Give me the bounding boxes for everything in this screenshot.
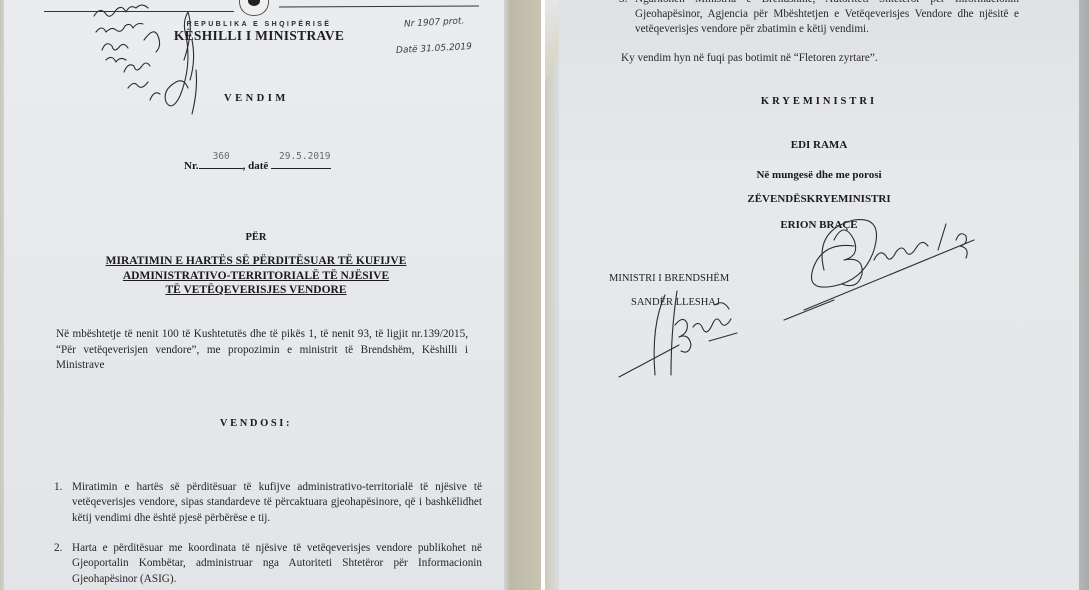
absence-note: Në mungesë dhe me porosi [559, 169, 1079, 181]
decision-title-line-1: MIRATIMIN E HARTËS SË PËRDITËSUAR TË KUF… [4, 254, 508, 269]
document-page-2: 3. Ngarkohen Ministria e Brendshme, Auto… [559, 0, 1079, 590]
number-blank: 360 [199, 157, 243, 169]
deputy-pm-signature [774, 210, 994, 330]
interior-minister-title: MINISTRI I BRENDSHËM [609, 273, 729, 284]
document-page-1: REPUBLIKA E SHQIPËRISË KËSHILLI I MINIST… [4, 0, 504, 590]
item-number: 3. [619, 0, 635, 37]
item-text: Harta e përditësuar me koordinata të një… [72, 541, 482, 587]
decision-item-1: 1. Miratimin e hartës së përditësuar të … [54, 480, 482, 526]
item-text: Miratimin e hartës së përditësuar të kuf… [72, 480, 482, 526]
for-heading: PËR [4, 232, 508, 243]
prime-minister-name: EDI RAMA [559, 139, 1079, 151]
decides-heading: VENDOSI: [4, 418, 508, 429]
decision-title-line-3: TË VETËQEVERISJES VENDORE [4, 283, 508, 298]
date-label: , datë [243, 160, 269, 172]
albanian-eagle-emblem-icon [239, 0, 269, 16]
number-label: Nr. [184, 160, 199, 172]
prime-minister-title: KRYEMINISTRI [559, 96, 1079, 107]
decision-number: 360 [213, 151, 230, 162]
protocol-number-note: Nr 1907 prot. [404, 16, 465, 29]
document-photo-page-1: REPUBLIKA E SHQIPËRISË KËSHILLI I MINIST… [0, 0, 541, 590]
deputy-pm-title: ZËVENDËSKRYEMINISTRI [559, 193, 1079, 205]
item-text: Ngarkohen Ministria e Brendshme, Autorit… [635, 0, 1019, 37]
letterhead-rule-right [279, 5, 479, 7]
decision-number-line: Nr.360, datë 29.5.2019 [184, 157, 331, 172]
document-photo-page-2: 3. Ngarkohen Ministria e Brendshme, Auto… [545, 0, 1089, 590]
document-type-heading: VENDIM [224, 93, 289, 104]
decision-item-2: 2. Harta e përditësuar me koordinata të … [54, 541, 482, 587]
entry-into-force-clause: Ky vendim hyn në fuqi pas botimit në “Fl… [621, 52, 878, 64]
item-number: 1. [54, 480, 72, 526]
interior-minister-signature [619, 285, 759, 385]
date-blank: 29.5.2019 [271, 157, 331, 169]
decision-title: MIRATIMIN E HARTËS SË PËRDITËSUAR TË KUF… [4, 254, 508, 298]
decision-date: 29.5.2019 [279, 151, 330, 162]
decision-item-3: 3. Ngarkohen Ministria e Brendshme, Auto… [619, 0, 1019, 37]
protocol-date-note: Datë 31.05.2019 [396, 42, 472, 56]
decision-title-line-2: ADMINISTRATIVO-TERRITORIALË TË NJËSIVE [4, 269, 508, 284]
handwritten-routing-notes [84, 0, 214, 130]
item-number: 2. [54, 541, 72, 587]
legal-basis-preamble: Në mbështetje të nenit 100 të Kushtetutë… [56, 327, 468, 374]
